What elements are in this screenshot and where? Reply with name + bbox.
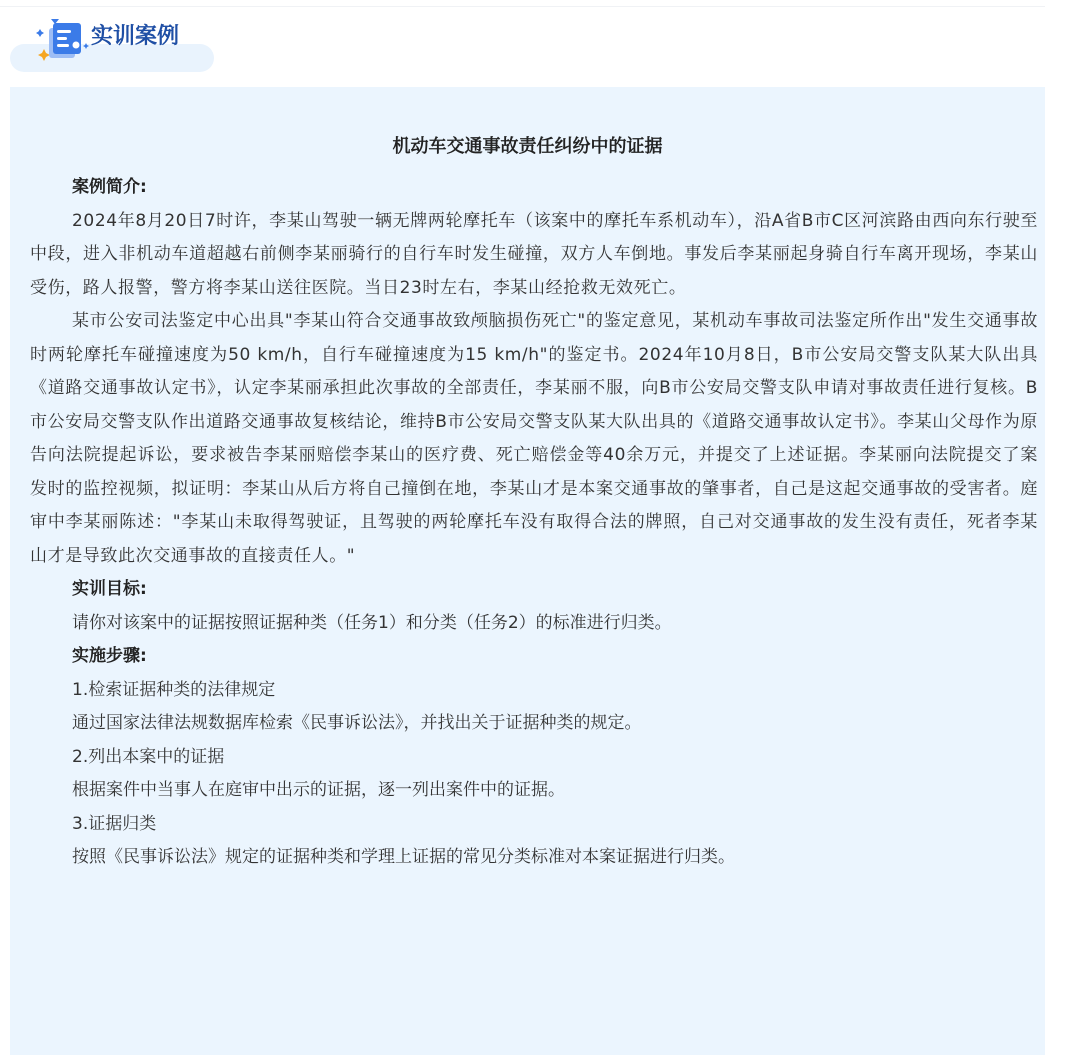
case-intro-paragraph: 2024年8月20日7时许，李某山驾驶一辆无牌两轮摩托车（该案中的摩托车系机动车… [30, 205, 1038, 306]
step-title: 3.证据归类 [30, 808, 1038, 842]
step-title: 2.列出本案中的证据 [30, 741, 1038, 775]
document-body: 案例简介: 2024年8月20日7时许，李某山驾驶一辆无牌两轮摩托车（该案中的摩… [30, 171, 1038, 875]
step-text: 按照《民事诉讼法》规定的证据种类和学理上证据的常见分类标准对本案证据进行归类。 [30, 841, 1038, 875]
step-text: 通过国家法律法规数据库检索《民事诉讼法》，并找出关于证据种类的规定。 [30, 707, 1038, 741]
document-icon [34, 12, 90, 64]
section-header-title: 实训案例 [91, 22, 179, 52]
steps-heading: 实施步骤: [30, 640, 1038, 674]
step-title: 1.检索证据种类的法律规定 [30, 674, 1038, 708]
case-intro-paragraph: 某市公安司法鉴定中心出具"李某山符合交通事故致颅脑损伤死亡"的鉴定意见，某机动车… [30, 305, 1038, 573]
step-text: 根据案件中当事人在庭审中出示的证据，逐一列出案件中的证据。 [30, 774, 1038, 808]
objective-heading: 实训目标: [30, 573, 1038, 607]
document-title: 机动车交通事故责任纠纷中的证据 [10, 133, 1045, 161]
case-content-panel: 机动车交通事故责任纠纷中的证据 案例简介: 2024年8月20日7时许，李某山驾… [10, 87, 1045, 1055]
case-intro-heading: 案例简介: [30, 171, 1038, 205]
top-divider [0, 6, 1045, 7]
objective-text: 请你对该案中的证据按照证据种类（任务1）和分类（任务2）的标准进行归类。 [30, 607, 1038, 641]
